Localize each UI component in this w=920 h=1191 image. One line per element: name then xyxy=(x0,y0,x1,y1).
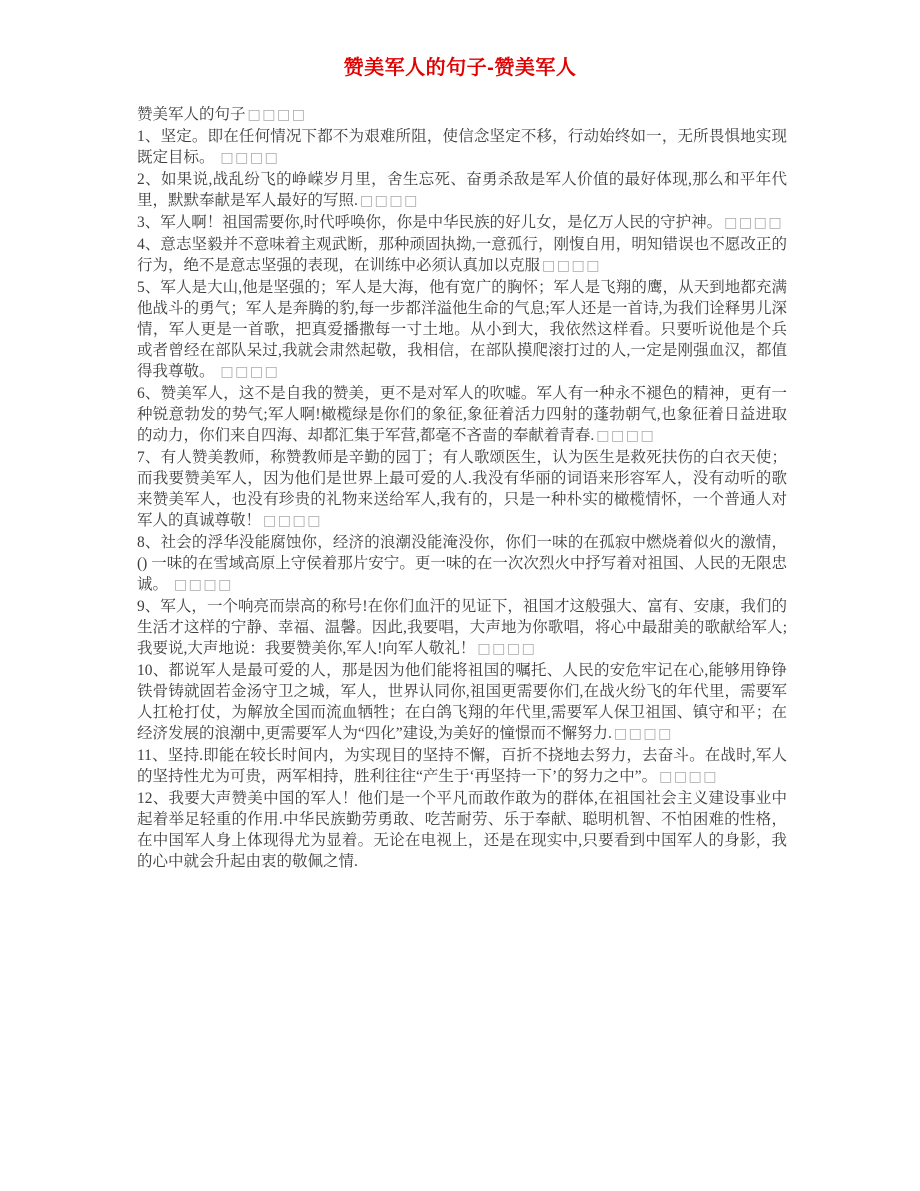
missing-glyph-boxes: □□□□ xyxy=(657,769,718,785)
paragraph-4: 4、意志坚毅并不意味着主观武断，那种顽固执拗,一意孤行，刚愎自用，明知错误也不愿… xyxy=(137,234,787,277)
paragraph-text: 3、军人啊！祖国需要你,时代呼唤你，你是中华民族的好儿女，是亿万人民的守护神。 xyxy=(137,214,722,231)
paragraph-text: 10、都说军人是最可爱的人，那是因为他们能将祖国的嘱托、人民的安危牢记在心,能够… xyxy=(137,662,787,742)
paragraph-2: 2、如果说,战乱纷飞的峥嵘岁月里，舍生忘死、奋勇杀敌是军人价值的最好体现,那么和… xyxy=(137,169,787,212)
paragraph-text: 4、意志坚毅并不意味着主观武断，那种顽固执拗,一意孤行，刚愎自用，明知错误也不愿… xyxy=(137,236,787,274)
paragraph-9: 9、军人，一个响亮而崇高的称号!在你们血汗的见证下，祖国才这般强大、富有、安康，… xyxy=(137,596,787,660)
paragraph-text: 8、社会的浮华没能腐蚀你，经济的浪潮没能淹没你，你们一味的在孤寂中燃烧着似火的激… xyxy=(137,534,787,593)
missing-glyph-boxes: □□□□ xyxy=(172,577,233,593)
document-body: 赞美军人的句子□□□□ 1、坚定。即在任何情况下都不为艰难所阻，使信念坚定不移，… xyxy=(137,104,787,873)
paragraph-6: 6、赞美军人，这不是自我的赞美，更不是对军人的吹嘘。军人有一种永不褪色的精神，更… xyxy=(137,383,787,447)
paragraph-3: 3、军人啊！祖国需要你,时代呼唤你，你是中华民族的好儿女，是亿万人民的守护神。□… xyxy=(137,212,787,234)
missing-glyph-boxes: □□□□ xyxy=(612,726,673,742)
paragraph-text: 2、如果说,战乱纷飞的峥嵘岁月里，舍生忘死、奋勇杀敌是军人价值的最好体现,那么和… xyxy=(137,171,787,209)
missing-glyph-boxes: □□□□ xyxy=(722,215,783,231)
paragraph-1: 1、坚定。即在任何情况下都不为艰难所阻，使信念坚定不移，行动始终如一，无所畏惧地… xyxy=(137,126,787,169)
missing-glyph-boxes: □□□□ xyxy=(246,107,307,123)
paragraph-10: 10、都说军人是最可爱的人，那是因为他们能将祖国的嘱托、人民的安危牢记在心,能够… xyxy=(137,660,787,745)
paragraph-text: 7、有人赞美教师，称赞教师是辛勤的园丁；有人歌颂医生，认为医生是救死扶伤的白衣天… xyxy=(137,449,787,529)
paragraph-8: 8、社会的浮华没能腐蚀你，经济的浪潮没能淹没你，你们一味的在孤寂中燃烧着似火的激… xyxy=(137,532,787,596)
paragraph-text: 12、我要大声赞美中国的军人！他们是一个平凡而敢作敢为的群体,在祖国社会主义建设… xyxy=(137,790,787,870)
paragraph-12: 12、我要大声赞美中国的军人！他们是一个平凡而敢作敢为的群体,在祖国社会主义建设… xyxy=(137,788,787,873)
missing-glyph-boxes: □□□□ xyxy=(358,193,419,209)
paragraph-text: 9、军人，一个响亮而崇高的称号!在你们血汗的见证下，祖国才这般强大、富有、安康，… xyxy=(137,598,787,657)
paragraph-text: 赞美军人的句子 xyxy=(137,106,246,123)
missing-glyph-boxes: □□□□ xyxy=(218,150,279,166)
lead-line: 赞美军人的句子□□□□ xyxy=(137,104,787,126)
document-title: 赞美军人的句子-赞美军人 xyxy=(0,51,920,80)
missing-glyph-boxes: □□□□ xyxy=(218,364,279,380)
missing-glyph-boxes: □□□□ xyxy=(475,641,536,657)
paragraph-5: 5、军人是大山,他是坚强的；军人是大海，他有宽广的胸怀；军人是飞翔的鹰，从天到地… xyxy=(137,277,787,383)
paragraph-7: 7、有人赞美教师，称赞教师是辛勤的园丁；有人歌颂医生，认为医生是救死扶伤的白衣天… xyxy=(137,447,787,532)
missing-glyph-boxes: □□□□ xyxy=(540,258,601,274)
missing-glyph-boxes: □□□□ xyxy=(261,513,322,529)
paragraph-text: 6、赞美军人，这不是自我的赞美，更不是对军人的吹嘘。军人有一种永不褪色的精神，更… xyxy=(137,385,787,444)
missing-glyph-boxes: □□□□ xyxy=(594,428,655,444)
paragraph-11: 11、坚持.即能在较长时间内，为实现目的坚持不懈，百折不挠地去努力，去奋斗。在战… xyxy=(137,745,787,788)
document-page: 赞美军人的句子-赞美军人 赞美军人的句子□□□□ 1、坚定。即在任何情况下都不为… xyxy=(0,0,920,1191)
missing-glyph-boxes xyxy=(358,854,360,870)
